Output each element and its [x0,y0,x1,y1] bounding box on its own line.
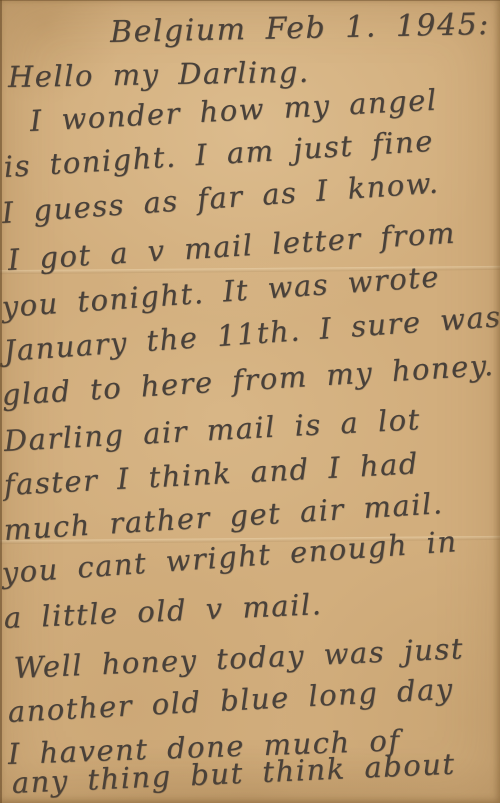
letter-dateline: Belgium Feb 1. 1945: [110,8,490,50]
letter-line: a little old v mail. [3,587,323,635]
letter-paper: Belgium Feb 1. 1945: Hello my Darling. I… [0,0,500,803]
letter-line: Hello my Darling. [8,55,310,94]
